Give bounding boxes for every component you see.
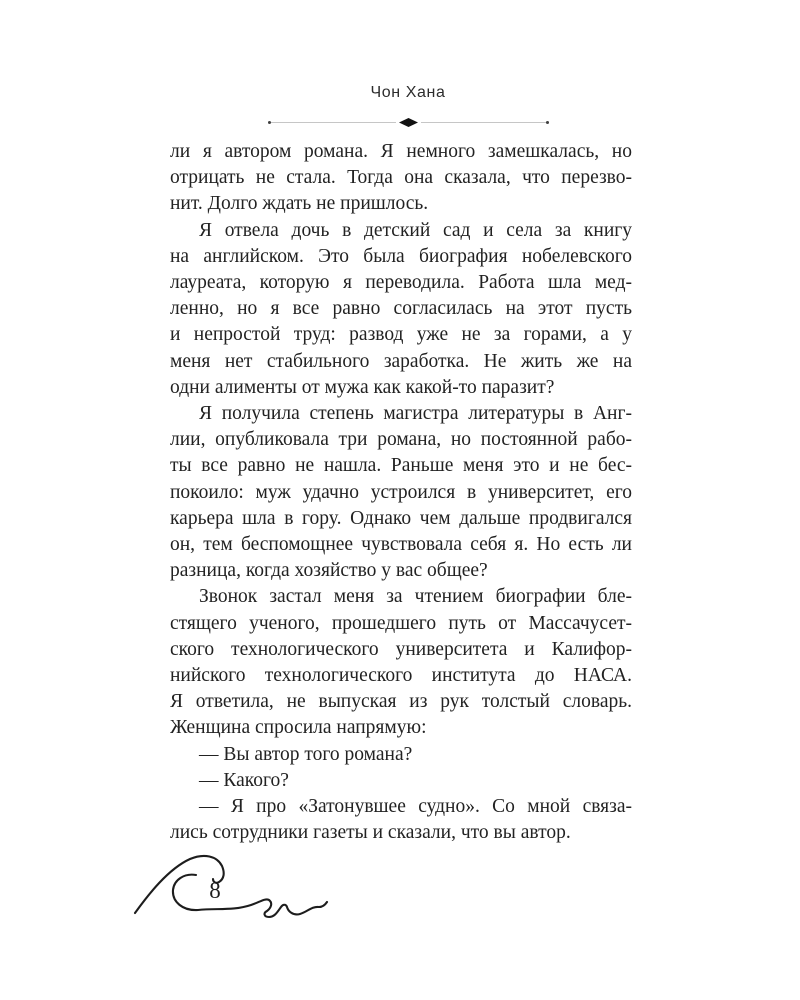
divider-diamond-icon — [399, 118, 418, 127]
paragraph: Я отвела дочь в детский сад и села за кн… — [170, 218, 632, 401]
text-line: карьера шла в гору. Однако чем дальше пр… — [170, 506, 632, 532]
text-line: Я ответила, не выпуская из рук толстый с… — [170, 689, 632, 715]
text-line: лии, опубликовала три романа, но постоян… — [170, 427, 632, 453]
text-line: нийского технологического института до Н… — [170, 663, 632, 689]
text-line: на английском. Это была биография нобеле… — [170, 244, 632, 270]
text-line: меня нет стабильного заработка. Не жить … — [170, 349, 632, 375]
chapter-divider — [268, 116, 549, 129]
text-line: разница, когда хозяйство у вас общее? — [170, 558, 632, 584]
text-line: и непростой труд: развод уже не за горам… — [170, 322, 632, 348]
text-line: Я отвела дочь в детский сад и села за кн… — [170, 218, 632, 244]
text-line: лауреата, которую я переводила. Работа ш… — [170, 270, 632, 296]
text-line: ты все равно не нашла. Раньше меня это и… — [170, 453, 632, 479]
paragraph: — Вы автор того романа? — [170, 742, 632, 768]
paragraph: — Я про «Затонувшее судно». Со мной связ… — [170, 794, 632, 846]
text-line: — Вы автор того романа? — [170, 742, 632, 768]
text-line: покоило: муж удачно устроился в универси… — [170, 480, 632, 506]
divider-dot-right-icon — [546, 121, 549, 124]
text-line: ского технологического университета и Ка… — [170, 637, 632, 663]
text-line: — Я про «Затонувшее судно». Со мной связ… — [170, 794, 632, 820]
page-body: ли я автором романа. Я немного замешкала… — [170, 139, 632, 846]
running-header-author: Чон Хана — [170, 84, 646, 102]
text-line: он, тем беспомощнее чувствовала себя я. … — [170, 532, 632, 558]
text-line: стящего ученого, прошедшего путь от Масс… — [170, 611, 632, 637]
text-line: — Какого? — [170, 768, 632, 794]
text-line: Звонок застал меня за чтением биографии … — [170, 584, 632, 610]
book-page: Чон Хана ли я автором романа. Я немного … — [0, 0, 800, 1000]
divider-rule-right — [421, 122, 546, 123]
text-line: отрицать не стала. Тогда она сказала, чт… — [170, 165, 632, 191]
text-line: одни алименты от мужа как какой-то параз… — [170, 375, 632, 401]
text-line: нит. Долго ждать не пришлось. — [170, 191, 632, 217]
text-line: Женщина спросила напрямую: — [170, 715, 632, 741]
page-number: 8 — [204, 878, 226, 904]
paragraph: Звонок застал меня за чтением биографии … — [170, 584, 632, 741]
text-line: ленно, но я все равно согласилась на это… — [170, 296, 632, 322]
paragraph: Я получила степень магистра литературы в… — [170, 401, 632, 584]
paragraph: — Какого? — [170, 768, 632, 794]
divider-rule-left — [271, 122, 396, 123]
text-line: лись сотрудники газеты и сказали, что вы… — [170, 820, 632, 846]
paragraph: ли я автором романа. Я немного замешкала… — [170, 139, 632, 218]
text-line: ли я автором романа. Я немного замешкала… — [170, 139, 632, 165]
text-line: Я получила степень магистра литературы в… — [170, 401, 632, 427]
wave-flourish-icon — [120, 847, 334, 929]
